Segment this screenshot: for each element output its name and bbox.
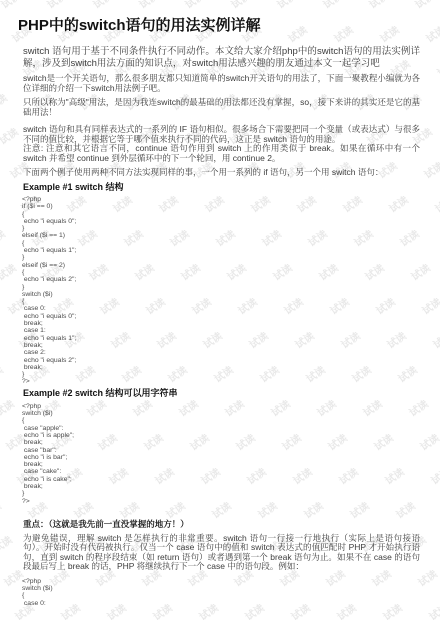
paragraph-how-switch-runs: 为避免错误，理解 switch 是怎样执行的非常重要。switch 语句一行接一… [23,534,420,572]
intro-paragraph: switch 语句用于基于不同条件执行不同动作。本文给大家介绍php中的swit… [23,46,420,69]
example3-code-block: <?php switch ($i) { case 0: [22,578,420,607]
example1-code-block: <?php if ($i == 0) { echo "i equals 0"; … [22,196,420,386]
paragraph-switch-intro: switch是一个开关语句，那么很多朋友都只知道简单的switch开关语句的用法… [23,73,420,93]
example1-heading: Example #1 switch 结构 [23,182,420,192]
key-point-heading: 重点：（这就是我先前一直没掌握的地方！） [23,519,420,529]
paragraph-advanced-usage: 只所以称为"高级"用法，是因为我连switch的最基础的用法都还没有掌握，so，… [23,97,420,117]
paragraph-similar-to-if: switch 语句和具有同样表达式的一系列的 IF 语句相似。很多场合下需要把同… [23,125,420,163]
example2-heading: Example #2 switch 结构可以用字符串 [23,388,420,398]
example2-code-block: <?php switch ($i) { case "apple": echo "… [22,403,420,505]
article-content: PHP中的switch语句的用法实例详解 switch 语句用于基于不同条件执行… [0,0,440,607]
paragraph-two-examples: 下面两个例子使用两种不同方法实现同样的事，一个用一系列的 if 语句，另一个用 … [23,167,420,177]
article-title: PHP中的switch语句的用法实例详解 [18,17,420,35]
document-page: 试读试读试读试读试读试读试读试读试读试读试读试读试读试读试读试读试读试读试读试读… [0,0,440,620]
